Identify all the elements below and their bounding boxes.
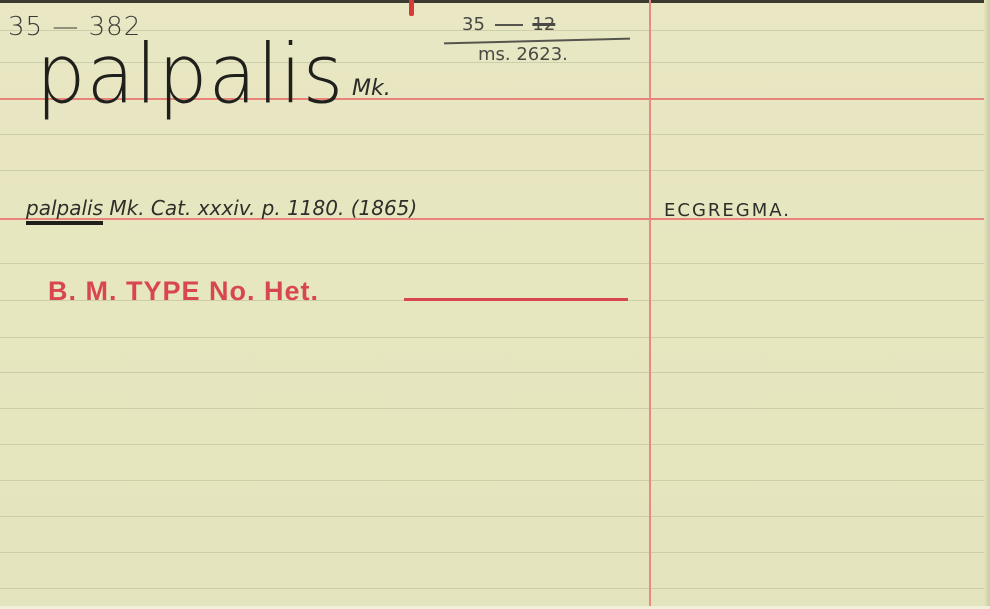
reference-note-top: 35 12 — [462, 14, 555, 35]
ruled-line — [0, 134, 990, 135]
type-number-blank-line — [404, 298, 628, 301]
red-tab-mark — [409, 0, 414, 16]
card-top-edge — [0, 0, 990, 3]
ruled-line — [0, 588, 990, 589]
ruled-line — [0, 263, 990, 264]
species-author: Mk. — [352, 76, 391, 101]
reference-dash — [495, 24, 523, 26]
ruled-line — [0, 444, 990, 445]
ruled-line — [0, 337, 990, 338]
index-card: 35 — 382 palpalis Mk. 35 12 ms. 2623. pa… — [0, 0, 990, 609]
genus-name: ECGREGMA. — [664, 200, 791, 221]
ruled-line — [0, 516, 990, 517]
reference-note-bottom: ms. 2623. — [478, 44, 568, 65]
ruled-line — [0, 480, 990, 481]
ruled-line — [0, 372, 990, 373]
citation-line: palpalis Mk. Cat. xxxiv. p. 1180. (1865) — [26, 196, 417, 220]
citation-text: Mk. Cat. xxxiv. p. 1180. (1865) — [103, 196, 417, 220]
card-right-edge — [984, 0, 990, 609]
ruled-line — [0, 552, 990, 553]
reference-prefix: 35 — [462, 14, 485, 35]
reference-struck-number: 12 — [532, 14, 555, 35]
ruled-line — [0, 170, 990, 171]
bm-type-stamp: B. M. TYPE No. Het. — [48, 276, 319, 307]
ruled-line — [0, 408, 990, 409]
citation-species-name: palpalis — [26, 196, 103, 225]
red-column-divider — [649, 0, 651, 609]
species-name-heading: palpalis — [36, 28, 344, 123]
